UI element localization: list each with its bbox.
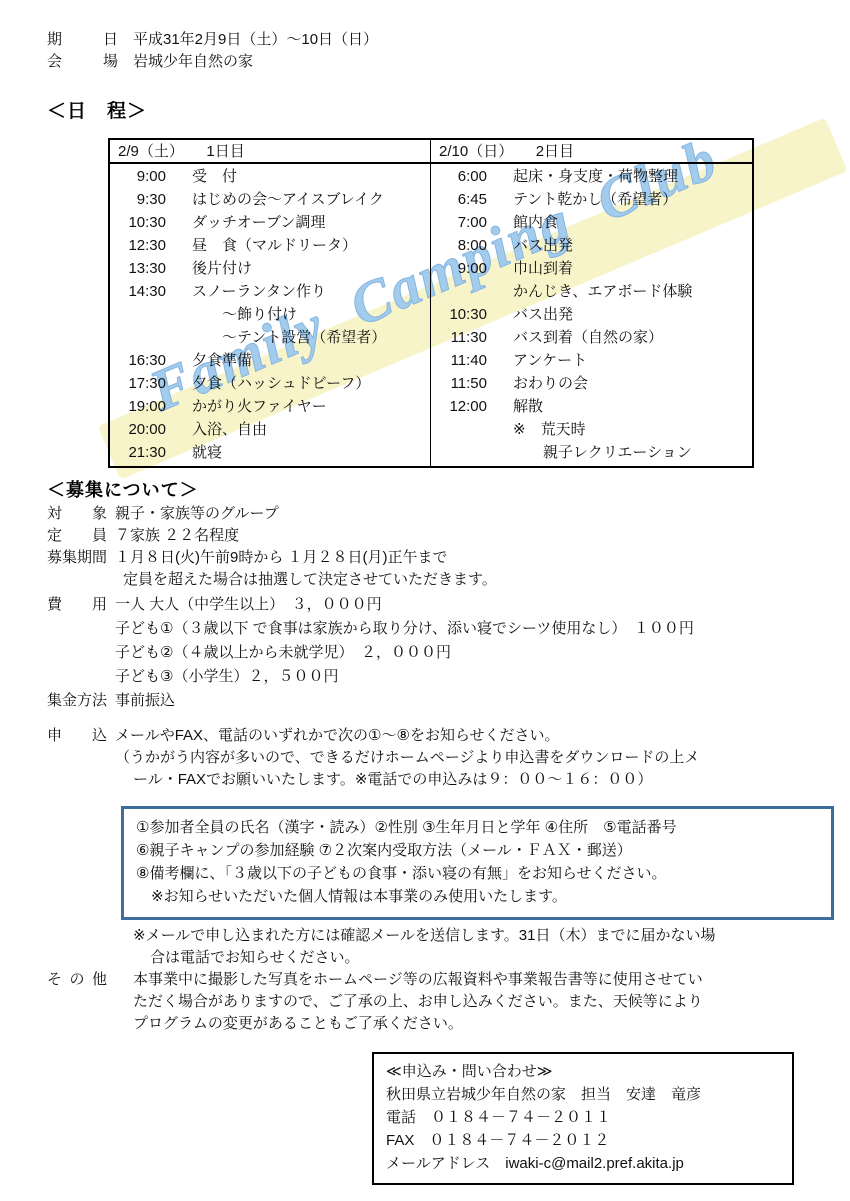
schedule-time: 11:30 xyxy=(431,326,487,349)
schedule-time: 10:30 xyxy=(110,211,166,234)
fee-line: 一人 大人（中学生以上） ３，０００円 xyxy=(115,593,694,617)
apply-row: 申込 メールやFAX、電話のいずれかで次の①～⑧をお知らせください。 （うかがう… xyxy=(47,725,699,791)
schedule-activity: 解散 xyxy=(513,395,543,418)
schedule-activity: 後片付け xyxy=(192,257,252,280)
confirmation-note: ※メールで申し込まれた方には確認メールを送信します。31日（木）までに届かない場… xyxy=(133,925,715,969)
schedule-row: 16:30 夕食準備 xyxy=(110,349,430,372)
schedule-activity: 受 付 xyxy=(192,165,237,188)
schedule-time: 13:30 xyxy=(110,257,166,280)
schedule-row: 14:30 スノーランタン作り xyxy=(110,280,430,303)
schedule-time: 21:30 xyxy=(110,441,166,464)
note-line1: ※メールで申し込まれた方には確認メールを送信します。31日（木）までに届かない場 xyxy=(133,925,715,947)
venue-label: 会場 xyxy=(47,51,118,73)
apply-label: 申込 xyxy=(47,725,107,747)
schedule-time: 9:00 xyxy=(110,165,166,188)
apply-info: 申込 メールやFAX、電話のいずれかで次の①～⑧をお知らせください。 （うかがう… xyxy=(47,725,699,791)
schedule-time: 9:00 xyxy=(431,257,487,280)
schedule-activity: テント乾かし（希望者） xyxy=(513,188,677,211)
schedule-row: 12:00 解散 xyxy=(431,395,752,418)
schedule-row: 10:30 バス出発 xyxy=(431,303,752,326)
schedule-row: ～飾り付け xyxy=(110,303,430,326)
schedule-time: 10:30 xyxy=(431,303,487,326)
schedule-activity: バス出発 xyxy=(513,303,573,326)
schedule-row: 13:30 後片付け xyxy=(110,257,430,280)
event-date-row: 期日 平成31年2月9日（土）～10日（日） xyxy=(47,29,378,51)
schedule-time xyxy=(431,418,487,441)
schedule-row: 21:30 就寝 xyxy=(110,441,430,464)
schedule-activity: かんじき、エアボード体験 xyxy=(513,280,692,303)
required-items-box: ①参加者全員の氏名（漢字・読み）②性別 ③生年月日と学年 ④住所 ⑤電話番号 ⑥… xyxy=(121,806,834,920)
schedule-row: 11:40 アンケート xyxy=(431,349,752,372)
payment-row: 集金方法 事前振込 xyxy=(47,689,694,713)
schedule-activity: 夕食（ハッシュドビーフ） xyxy=(192,372,370,395)
other-line: プログラムの変更があることもご了承ください。 xyxy=(133,1013,703,1035)
recruit-info: 対象 親子・家族等のグループ 定員 ７家族 ２２名程度 募集期間 １月８日(火)… xyxy=(47,503,497,591)
venue-row: 会場 岩城少年自然の家 xyxy=(47,51,378,73)
schedule-time xyxy=(431,280,487,303)
payment-value: 事前振込 xyxy=(115,689,175,713)
event-date-value: 平成31年2月9日（土）～10日（日） xyxy=(133,29,378,51)
schedule-activity: 就寝 xyxy=(192,441,222,464)
fee-lines: 一人 大人（中学生以上） ３，０００円 子ども①（３歳以下 で食事は家族から取り… xyxy=(115,593,694,689)
required-item-line: ※お知らせいただいた個人情報は本事業のみ使用いたします。 xyxy=(136,885,831,908)
schedule-activity: ～飾り付け xyxy=(192,303,297,326)
schedule-row: 9:30 はじめの会～アイスブレイク xyxy=(110,188,430,211)
schedule-activity: バス出発 xyxy=(513,234,573,257)
contact-org: 秋田県立岩城少年自然の家 担当 安達 竜彦 xyxy=(386,1083,782,1106)
event-date-label: 期日 xyxy=(47,29,118,51)
contact-box: ≪申込み・問い合わせ≫ 秋田県立岩城少年自然の家 担当 安達 竜彦 電話 ０１８… xyxy=(372,1052,794,1185)
other-info: その他 本事業中に撮影した写真をホームページ等の広報資料や事業報告書等に使用させ… xyxy=(47,969,703,1035)
schedule-row: ～テント設営（希望者） xyxy=(110,326,430,349)
apply-line3: ール・FAXでお願いいたします。※電話での申込みは９：００～１６：００） xyxy=(115,769,699,791)
schedule-day1-header: 2/9（土） 1日目 xyxy=(110,140,430,164)
flyer-page: 期日 平成31年2月9日（土）～10日（日） 会場 岩城少年自然の家 ＜日 程＞… xyxy=(0,0,850,1201)
period-line2: 定員を超えた場合は抽選して決定させていただきます。 xyxy=(115,569,497,591)
schedule-time: 12:30 xyxy=(110,234,166,257)
schedule-time: 14:30 xyxy=(110,280,166,303)
schedule-table: 2/9（土） 1日目 9:00 受 付 9:30 はじめの会～アイスブレイク 1… xyxy=(108,138,754,468)
schedule-activity: ダッチオーブン調理 xyxy=(192,211,325,234)
schedule-time: 8:00 xyxy=(431,234,487,257)
schedule-time: 20:00 xyxy=(110,418,166,441)
schedule-activity: ～テント設営（希望者） xyxy=(192,326,386,349)
note-line2: 合は電話でお知らせください。 xyxy=(133,947,715,969)
schedule-row: 6:00 起床・身支度・荷物整理 xyxy=(431,165,752,188)
schedule-heading: ＜日 程＞ xyxy=(47,96,147,123)
target-row: 対象 親子・家族等のグループ xyxy=(47,503,497,525)
period-line1: １月８日(火)午前9時から １月２８日(月)正午まで xyxy=(115,547,497,569)
capacity-label: 定員 xyxy=(47,525,107,547)
target-value: 親子・家族等のグループ xyxy=(115,503,279,525)
period-row: 募集期間 １月８日(火)午前9時から １月２８日(月)正午まで 定員を超えた場合… xyxy=(47,547,497,591)
event-info: 期日 平成31年2月9日（土）～10日（日） 会場 岩城少年自然の家 xyxy=(47,29,378,73)
required-item-line: ⑧備考欄に、「３歳以下の子どもの食事・添い寝の有無」をお知らせください。 xyxy=(136,862,831,885)
schedule-row: ※ 荒天時 xyxy=(431,418,752,441)
period-label: 募集期間 xyxy=(47,547,107,569)
schedule-time: 6:00 xyxy=(431,165,487,188)
other-lines: 本事業中に撮影した写真をホームページ等の広報資料や事業報告書等に使用させてい た… xyxy=(133,969,703,1035)
contact-tel: 電話 ０１８４－７４－２０１１ xyxy=(386,1106,782,1129)
schedule-time xyxy=(110,326,166,349)
payment-label: 集金方法 xyxy=(47,689,107,713)
contact-fax: FAX ０１８４－７４－２０１２ xyxy=(386,1129,782,1152)
period-value: １月８日(火)午前9時から １月２８日(月)正午まで 定員を超えた場合は抽選して… xyxy=(115,547,497,591)
apply-line2: （うかがう内容が多いので、できるだけホームページより申込書をダウンロードの上メ xyxy=(115,747,699,769)
schedule-activity: 親子レクリエーション xyxy=(513,441,692,464)
other-line: ただく場合がありますので、ご了承の上、お申し込みください。また、天候等により xyxy=(133,991,703,1013)
schedule-day2-rows: 6:00 起床・身支度・荷物整理 6:45 テント乾かし（希望者） 7:00 館… xyxy=(431,164,752,466)
other-label: その他 xyxy=(47,969,107,991)
schedule-time: 11:40 xyxy=(431,349,487,372)
other-line: 本事業中に撮影した写真をホームページ等の広報資料や事業報告書等に使用させてい xyxy=(133,969,703,991)
schedule-row: 9:00 受 付 xyxy=(110,165,430,188)
schedule-row: 20:00 入浴、自由 xyxy=(110,418,430,441)
schedule-time xyxy=(431,441,487,464)
schedule-activity: スノーランタン作り xyxy=(192,280,326,303)
schedule-activity: 昼 食（マルドリータ） xyxy=(192,234,357,257)
schedule-time: 7:00 xyxy=(431,211,487,234)
schedule-row: 19:00 かがり火ファイヤー xyxy=(110,395,430,418)
schedule-day2-column: 2/10（日） 2日目 6:00 起床・身支度・荷物整理 6:45 テント乾かし… xyxy=(431,140,752,466)
schedule-row: 10:30 ダッチオーブン調理 xyxy=(110,211,430,234)
schedule-row: 17:30 夕食（ハッシュドビーフ） xyxy=(110,372,430,395)
schedule-activity: 巾山到着 xyxy=(513,257,573,280)
schedule-row: 11:50 おわりの会 xyxy=(431,372,752,395)
capacity-row: 定員 ７家族 ２２名程度 xyxy=(47,525,497,547)
schedule-activity: 入浴、自由 xyxy=(192,418,267,441)
schedule-day1-column: 2/9（土） 1日目 9:00 受 付 9:30 はじめの会～アイスブレイク 1… xyxy=(110,140,431,466)
fee-label: 費用 xyxy=(47,593,107,617)
schedule-time: 9:30 xyxy=(110,188,166,211)
schedule-activity: はじめの会～アイスブレイク xyxy=(192,188,384,211)
schedule-day2-header: 2/10（日） 2日目 xyxy=(431,140,752,164)
schedule-time: 11:50 xyxy=(431,372,487,395)
contact-title: ≪申込み・問い合わせ≫ xyxy=(386,1060,782,1083)
apply-line1: メールやFAX、電話のいずれかで次の①～⑧をお知らせください。 xyxy=(115,725,699,747)
target-label: 対象 xyxy=(47,503,107,525)
schedule-activity: おわりの会 xyxy=(513,372,588,395)
capacity-value: ７家族 ２２名程度 xyxy=(115,525,239,547)
other-row: その他 本事業中に撮影した写真をホームページ等の広報資料や事業報告書等に使用させ… xyxy=(47,969,703,1035)
schedule-activity: バス到着（自然の家） xyxy=(513,326,663,349)
schedule-time: 19:00 xyxy=(110,395,166,418)
schedule-activity: かがり火ファイヤー xyxy=(192,395,327,418)
schedule-time: 6:45 xyxy=(431,188,487,211)
schedule-time: 12:00 xyxy=(431,395,487,418)
schedule-activity: 夕食準備 xyxy=(192,349,252,372)
schedule-time xyxy=(110,303,166,326)
schedule-activity: 起床・身支度・荷物整理 xyxy=(513,165,678,188)
recruit-heading: ＜募集について＞ xyxy=(47,476,199,502)
schedule-activity: 館内食 xyxy=(513,211,558,234)
contact-email: メールアドレス iwaki-c@mail2.pref.akita.jp xyxy=(386,1152,782,1175)
schedule-day1-rows: 9:00 受 付 9:30 はじめの会～アイスブレイク 10:30 ダッチオーブ… xyxy=(110,164,430,466)
fee-line: 子ども③（小学生）２，５００円 xyxy=(115,665,694,689)
schedule-row: 7:00 館内食 xyxy=(431,211,752,234)
venue-value: 岩城少年自然の家 xyxy=(133,51,253,73)
schedule-row: 11:30 バス到着（自然の家） xyxy=(431,326,752,349)
fee-info: 費用 一人 大人（中学生以上） ３，０００円 子ども①（３歳以下 で食事は家族か… xyxy=(47,593,694,713)
schedule-row: かんじき、エアボード体験 xyxy=(431,280,752,303)
fee-row: 費用 一人 大人（中学生以上） ３，０００円 子ども①（３歳以下 で食事は家族か… xyxy=(47,593,694,689)
required-item-line: ①参加者全員の氏名（漢字・読み）②性別 ③生年月日と学年 ④住所 ⑤電話番号 xyxy=(136,816,831,839)
schedule-time: 16:30 xyxy=(110,349,166,372)
fee-line: 子ども②（４歳以上から未就学児） ２，０００円 xyxy=(115,641,694,665)
apply-lines: メールやFAX、電話のいずれかで次の①～⑧をお知らせください。 （うかがう内容が… xyxy=(115,725,699,791)
schedule-row: 9:00 巾山到着 xyxy=(431,257,752,280)
fee-line: 子ども①（３歳以下 で食事は家族から取り分け、添い寝でシーツ使用なし） １００円 xyxy=(115,617,694,641)
schedule-row: 8:00 バス出発 xyxy=(431,234,752,257)
schedule-activity: ※ 荒天時 xyxy=(513,418,586,441)
schedule-row: 親子レクリエーション xyxy=(431,441,752,464)
schedule-time: 17:30 xyxy=(110,372,166,395)
schedule-row: 6:45 テント乾かし（希望者） xyxy=(431,188,752,211)
schedule-row: 12:30 昼 食（マルドリータ） xyxy=(110,234,430,257)
required-item-line: ⑥親子キャンプの参加経験 ⑦２次案内受取方法（メール・ＦＡＸ・郵送） xyxy=(136,839,831,862)
schedule-activity: アンケート xyxy=(513,349,587,372)
